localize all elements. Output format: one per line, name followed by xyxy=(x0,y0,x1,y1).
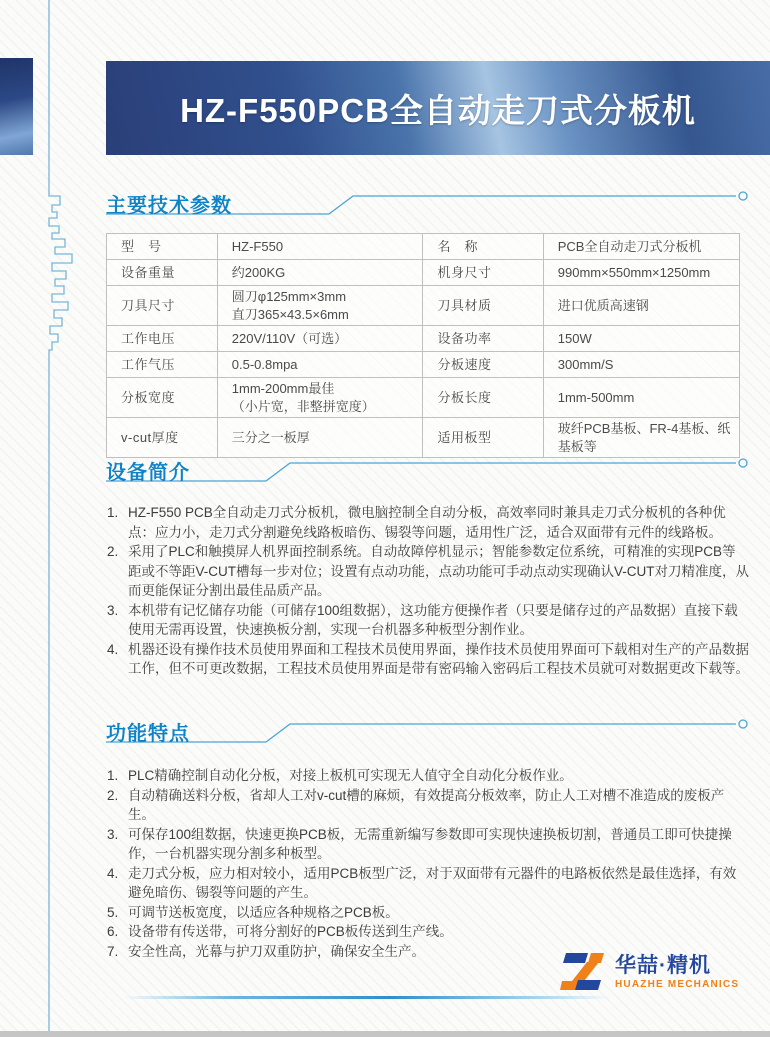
spec-label: 机身尺寸 xyxy=(423,260,543,286)
spec-value: 进口优质高速钢 xyxy=(543,286,739,326)
logo-mark-icon xyxy=(560,951,606,993)
spec-value: HZ-F550 xyxy=(217,234,423,260)
left-accent-bar xyxy=(0,58,33,155)
section-title: 功能特点 xyxy=(106,717,190,746)
list-item: 3. 可保存100组数据，快速更换PCB板，无需重新编写参数即可实现快速换板切割… xyxy=(107,825,749,864)
bottom-edge-strip xyxy=(0,1031,770,1037)
section-title: 主要技术参数 xyxy=(106,189,232,218)
spec-label: 工作电压 xyxy=(107,326,218,352)
item-text: 可调节送板宽度，以适应各种规格之PCB板。 xyxy=(128,903,749,923)
spec-value: 三分之一板厚 xyxy=(217,418,423,458)
spec-value: 990mm×550mm×1250mm xyxy=(543,260,739,286)
item-text: 采用了PLC和触摸屏人机界面控制系统。自动故障停机显示；智能参数定位系统，可精准… xyxy=(128,542,749,601)
item-number: 2. xyxy=(107,786,128,825)
spec-label: 型 号 xyxy=(107,234,218,260)
item-number: 4. xyxy=(107,640,128,679)
item-text: 本机带有记忆储存功能（可储存100组数据），这功能方便操作者（只要是储存过的产品… xyxy=(128,601,749,640)
page-title: HZ-F550PCB全自动走刀式分板机 xyxy=(180,85,696,132)
spec-label: 分板速度 xyxy=(423,352,543,378)
spec-label: 工作气压 xyxy=(107,352,218,378)
table-row: 分板宽度 1mm-200mm最佳 （小片宽，非整拼宽度） 分板长度 1mm-50… xyxy=(107,378,740,418)
spec-label: 设备重量 xyxy=(107,260,218,286)
list-item: 3. 本机带有记忆储存功能（可储存100组数据），这功能方便操作者（只要是储存过… xyxy=(107,601,749,640)
item-number: 3. xyxy=(107,825,128,864)
table-row: 工作气压 0.5-0.8mpa 分板速度 300mm/S xyxy=(107,352,740,378)
spec-value: 1mm-200mm最佳 （小片宽，非整拼宽度） xyxy=(217,378,423,418)
list-item: 2. 采用了PLC和触摸屏人机界面控制系统。自动故障停机显示；智能参数定位系统，… xyxy=(107,542,749,601)
section-line-decoration xyxy=(106,456,756,496)
specs-table: 型 号 HZ-F550 名 称 PCB全自动走刀式分板机 设备重量 约200KG… xyxy=(106,233,740,458)
spec-label: 刀具材质 xyxy=(423,286,543,326)
list-item: 4. 机器还设有操作技术员使用界面和工程技术员使用界面，操作技术员使用界面可下载… xyxy=(107,640,749,679)
spec-label: 适用板型 xyxy=(423,418,543,458)
spec-value: 1mm-500mm xyxy=(543,378,739,418)
spec-label: v-cut厚度 xyxy=(107,418,218,458)
brochure-page: HZ-F550PCB全自动走刀式分板机 主要技术参数 型 号 HZ-F550 名… xyxy=(0,0,770,1037)
list-item: 4. 走刀式分板，应力相对较小，适用PCB板型广泛，对于双面带有元器件的电路板依… xyxy=(107,864,749,903)
table-row: 刀具尺寸 圆刀φ125mm×3mm 直刀365×43.5×6mm 刀具材质 进口… xyxy=(107,286,740,326)
spec-label: 分板宽度 xyxy=(107,378,218,418)
spec-label: 名 称 xyxy=(423,234,543,260)
spec-value: PCB全自动走刀式分板机 xyxy=(543,234,739,260)
table-row: 型 号 HZ-F550 名 称 PCB全自动走刀式分板机 xyxy=(107,234,740,260)
item-text: 走刀式分板，应力相对较小，适用PCB板型广泛，对于双面带有元器件的电路板依然是最… xyxy=(128,864,749,903)
item-number: 1. xyxy=(107,503,128,542)
spec-value: 约200KG xyxy=(217,260,423,286)
item-number: 5. xyxy=(107,903,128,923)
intro-list: 1. HZ-F550 PCB全自动走刀式分板机，微电脑控制全自动分板，高效率同时… xyxy=(107,503,749,679)
item-number: 1. xyxy=(107,766,128,786)
spec-value: 150W xyxy=(543,326,739,352)
logo-name: 华喆·精机 xyxy=(615,954,739,978)
item-text: 可保存100组数据，快速更换PCB板，无需重新编写参数即可实现快速换板切割，普通… xyxy=(128,825,749,864)
table-row: 设备重量 约200KG 机身尺寸 990mm×550mm×1250mm xyxy=(107,260,740,286)
item-text: HZ-F550 PCB全自动走刀式分板机，微电脑控制全自动分板，高效率同时兼具走… xyxy=(128,503,749,542)
spec-value: 玻纤PCB基板、FR-4基板、纸基板等 xyxy=(543,418,739,458)
item-text: 设备带有传送带，可将分割好的PCB板传送到生产线。 xyxy=(128,922,749,942)
company-logo: 华喆·精机 HUAZHE MECHANICS xyxy=(560,951,739,993)
left-waveform-line-decoration xyxy=(44,0,80,1031)
list-item: 1. HZ-F550 PCB全自动走刀式分板机，微电脑控制全自动分板，高效率同时… xyxy=(107,503,749,542)
footer-divider-line xyxy=(124,996,610,999)
list-item: 2. 自动精确送料分板，省却人工对v-cut槽的麻烦，有效提高分板效率，防止人工… xyxy=(107,786,749,825)
list-item: 6. 设备带有传送带，可将分割好的PCB板传送到生产线。 xyxy=(107,922,749,942)
logo-text-block: 华喆·精机 HUAZHE MECHANICS xyxy=(615,954,739,991)
spec-label: 设备功率 xyxy=(423,326,543,352)
header-banner: HZ-F550PCB全自动走刀式分板机 xyxy=(106,61,770,155)
item-number: 7. xyxy=(107,942,128,962)
item-text: 机器还设有操作技术员使用界面和工程技术员使用界面，操作技术员使用界面可下载相对生… xyxy=(128,640,749,679)
spec-value: 220V/110V（可选） xyxy=(217,326,423,352)
section-line-decoration xyxy=(106,717,756,757)
section-heading-features: 功能特点 xyxy=(106,717,756,757)
section-heading-intro: 设备简介 xyxy=(106,456,756,496)
spec-value: 300mm/S xyxy=(543,352,739,378)
item-text: 自动精确送料分板，省却人工对v-cut槽的麻烦，有效提高分板效率，防止人工对槽不… xyxy=(128,786,749,825)
spec-label: 刀具尺寸 xyxy=(107,286,218,326)
item-number: 3. xyxy=(107,601,128,640)
section-title: 设备简介 xyxy=(106,456,190,485)
spec-value: 0.5-0.8mpa xyxy=(217,352,423,378)
features-list: 1. PLC精确控制自动化分板，对接上板机可实现无人值守全自动化分板作业。 2.… xyxy=(107,766,749,961)
table-row: v-cut厚度 三分之一板厚 适用板型 玻纤PCB基板、FR-4基板、纸基板等 xyxy=(107,418,740,458)
section-heading-specs: 主要技术参数 xyxy=(106,189,756,229)
item-number: 6. xyxy=(107,922,128,942)
list-item: 1. PLC精确控制自动化分板，对接上板机可实现无人值守全自动化分板作业。 xyxy=(107,766,749,786)
logo-subtitle: HUAZHE MECHANICS xyxy=(615,978,739,991)
item-number: 2. xyxy=(107,542,128,601)
table-row: 工作电压 220V/110V（可选） 设备功率 150W xyxy=(107,326,740,352)
item-number: 4. xyxy=(107,864,128,903)
spec-label: 分板长度 xyxy=(423,378,543,418)
list-item: 5. 可调节送板宽度，以适应各种规格之PCB板。 xyxy=(107,903,749,923)
spec-value: 圆刀φ125mm×3mm 直刀365×43.5×6mm xyxy=(217,286,423,326)
item-text: PLC精确控制自动化分板，对接上板机可实现无人值守全自动化分板作业。 xyxy=(128,766,749,786)
